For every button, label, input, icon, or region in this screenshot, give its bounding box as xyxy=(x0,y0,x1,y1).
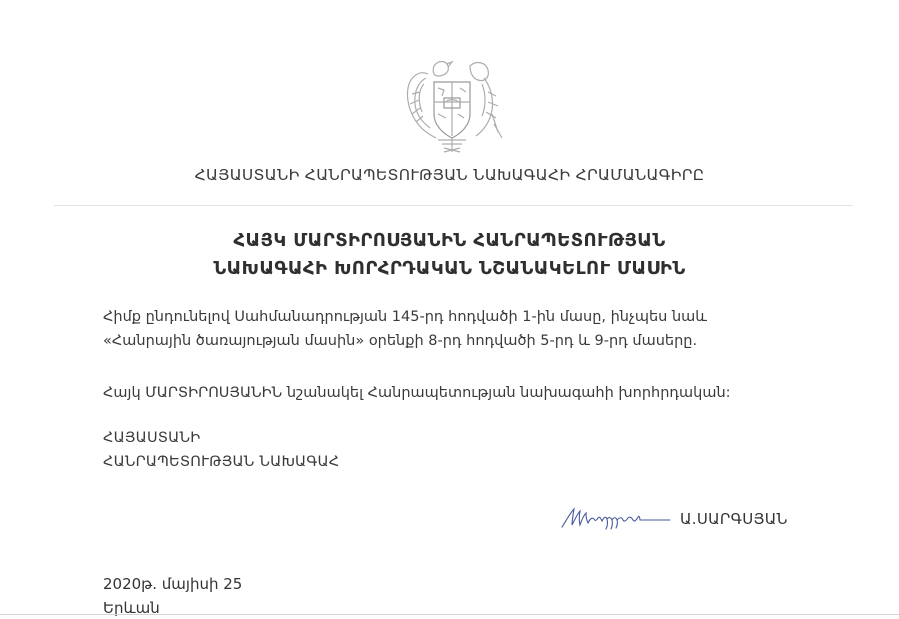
coat-of-arms-icon xyxy=(398,52,506,156)
signatory-line: ՀԱՅԱՍՏԱՆԻ xyxy=(103,426,339,450)
paragraph-line: «Հանրային ծառայության մասին» օրենքի 8-րդ… xyxy=(103,329,707,353)
paragraph-line: Հայկ ՄԱՐՏԻՐՈՍՅԱՆԻՆ նշանակել Հանրապետությ… xyxy=(103,381,731,405)
document-title: ՀԱՅԿ ՄԱՐՏԻՐՈՍՅԱՆԻՆ ՀԱՆՐԱՊԵՏՈՒԹՅԱՆ ՆԱԽԱԳԱ… xyxy=(0,227,899,283)
document-title-line: ՀԱՅԿ ՄԱՐՏԻՐՈՍՅԱՆԻՆ ՀԱՆՐԱՊԵՏՈՒԹՅԱՆ xyxy=(0,227,899,255)
document-title-line: ՆԱԽԱԳԱՀԻ ԽՈՐՀՐԴԱԿԱՆ ՆՇԱՆԱԿԵԼՈՒ ՄԱՍԻՆ xyxy=(0,255,899,283)
date-place-block: 2020թ. մայիսի 25 Երևան xyxy=(103,572,242,619)
document-date: 2020թ. մայիսի 25 xyxy=(103,572,242,596)
decree-header: ՀԱՅԱՍՏԱՆԻ ՀԱՆՐԱՊԵՏՈՒԹՅԱՆ ՆԱԽԱԳԱՀԻ ՀՐԱՄԱՆ… xyxy=(0,166,899,184)
decision-paragraph: Հայկ ՄԱՐՏԻՐՈՍՅԱՆԻՆ նշանակել Հանրապետությ… xyxy=(103,381,731,405)
document-place: Երևան xyxy=(103,596,242,619)
signatory-line: ՀԱՆՐԱՊԵՏՈՒԹՅԱՆ ՆԱԽԱԳԱՀ xyxy=(103,450,339,474)
signatory-title: ՀԱՅԱՍՏԱՆԻ ՀԱՆՐԱՊԵՏՈՒԹՅԱՆ ՆԱԽԱԳԱՀ xyxy=(103,426,339,474)
page-bottom-border xyxy=(0,614,899,615)
header-divider xyxy=(54,205,853,206)
paragraph-line: Հիմք ընդունելով Սահմանադրության 145-րդ հ… xyxy=(103,305,707,329)
preamble-paragraph: Հիմք ընդունելով Սահմանադրության 145-րդ հ… xyxy=(103,305,707,353)
signature-icon xyxy=(560,503,672,533)
signer-name: Ա.ՍԱՐԳՍՅԱՆ xyxy=(680,510,788,528)
